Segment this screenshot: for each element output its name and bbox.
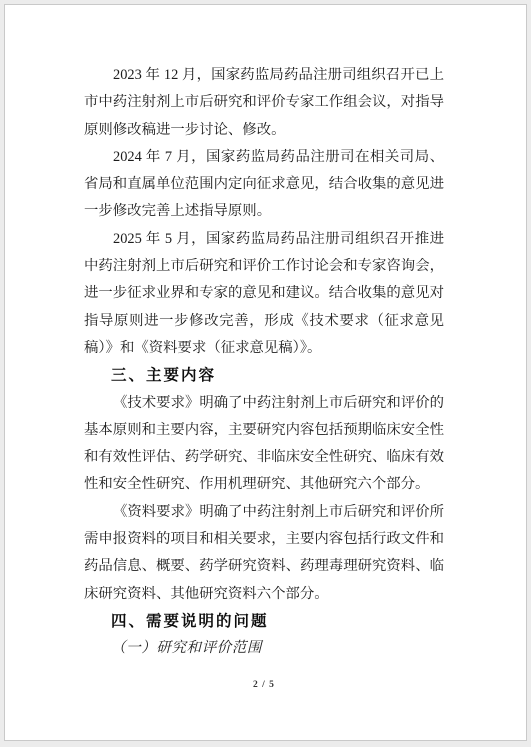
paragraph-history-2023: 2023 年 12 月，国家药监局药品注册司组织召开已上市中药注射剂上市后研究和… xyxy=(84,62,444,144)
page-number: 2 / 5 xyxy=(84,679,444,691)
page-content: 2023 年 12 月，国家药监局药品注册司组织召开已上市中药注射剂上市后研究和… xyxy=(84,62,444,663)
document-page: 2023 年 12 月，国家药监局药品注册司组织召开已上市中药注射剂上市后研究和… xyxy=(4,4,527,741)
paragraph-history-2024: 2024 年 7 月，国家药监局药品注册司在相关司局、省局和直属单位范围内定向征… xyxy=(84,144,444,226)
paragraph-data-requirements: 《资料要求》明确了中药注射剂上市后研究和评价所需申报资料的项目和相关要求，主要内… xyxy=(84,499,444,608)
paragraph-technical-requirements: 《技术要求》明确了中药注射剂上市后研究和评价的基本原则和主要内容，主要研究内容包… xyxy=(84,390,444,499)
document-viewer-canvas: 2023 年 12 月，国家药监局药品注册司组织召开已上市中药注射剂上市后研究和… xyxy=(0,0,531,747)
section-heading-issues-to-explain: 四、需要说明的问题 xyxy=(84,608,444,635)
paragraph-history-2025: 2025 年 5 月，国家药监局药品注册司组织召开推进中药注射剂上市后研究和评价… xyxy=(84,226,444,362)
section-heading-main-content: 三、主要内容 xyxy=(84,362,444,389)
sub-heading-research-evaluation-scope: （一）研究和评价范围 xyxy=(84,635,444,662)
